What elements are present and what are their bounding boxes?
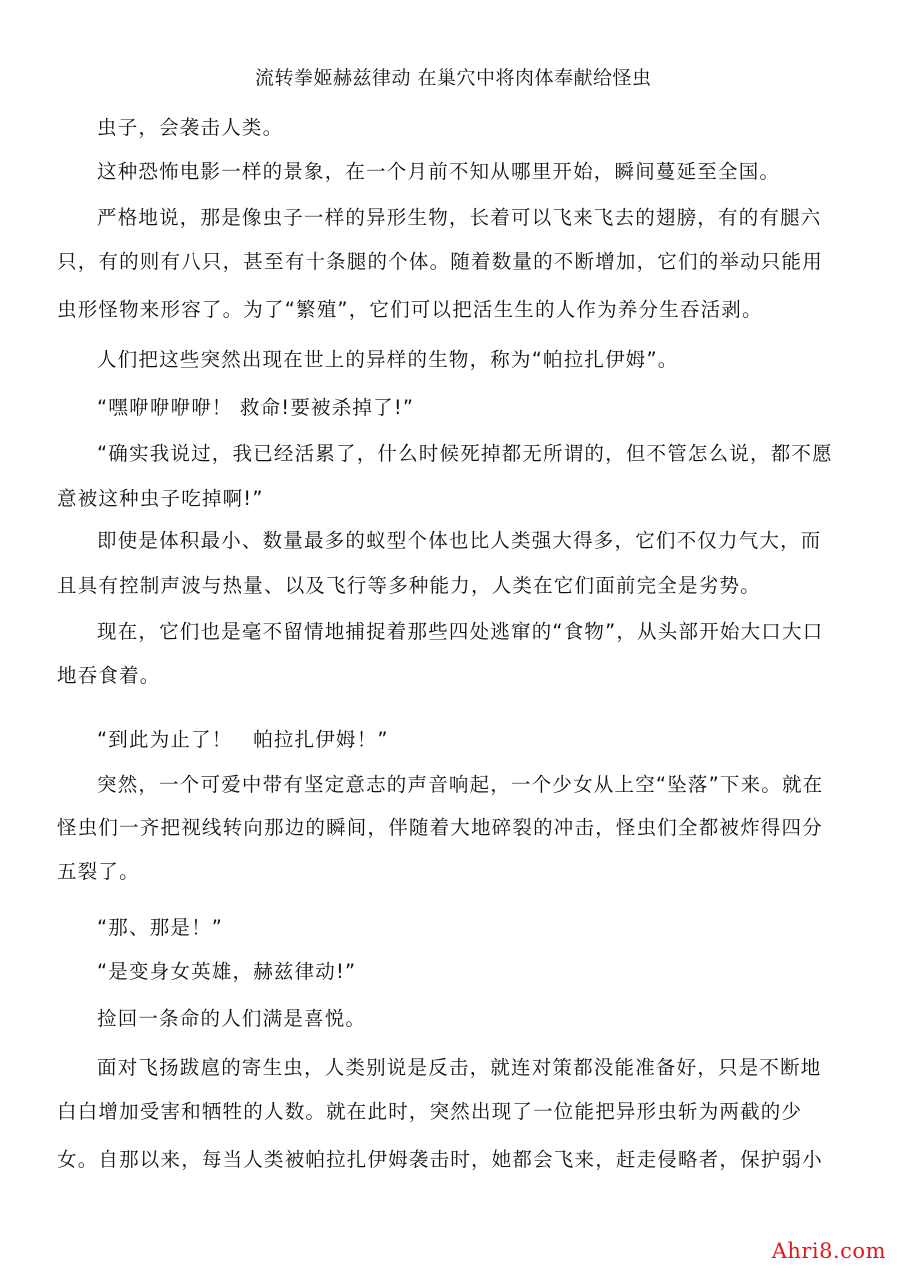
text-line: 面对飞扬跋扈的寄生虫，人类别说是反击，就连对策都没能准备好，只是不断地: [97, 1054, 822, 1082]
text-line: 白白增加受害和牺牲的人数。就在此时，突然出现了一位能把异形虫斩为两截的少: [57, 1098, 802, 1126]
text-line: 捡回一条命的人们满是喜悦。: [97, 1005, 366, 1033]
text-line: 女。自那以来，每当人类被帕拉扎伊姆袭击时，她都会飞来，赶走侵略者，保护弱小: [57, 1146, 823, 1174]
document-title: 流转拳姬赫兹律动 在巢穴中将肉体奉献给怪虫: [0, 64, 900, 92]
text-line: 五裂了。: [57, 858, 140, 886]
text-line: “那、那是！”: [97, 914, 223, 942]
watermark: Ahri8.com: [772, 1239, 886, 1263]
text-line: “是变身女英雄，赫兹律动!”: [97, 958, 356, 986]
text-line: 人们把这些突然出现在世上的异样的生物，称为“帕拉扎伊姆”。: [97, 346, 679, 374]
document-page: 流转拳姬赫兹律动 在巢穴中将肉体奉献给怪虫 虫子，会袭击人类。这种恐怖电影一样的…: [0, 0, 900, 1273]
text-line: 即使是体积最小、数量最多的蚁型个体也比人类强大得多，它们不仅力气大，而: [97, 527, 822, 555]
text-line: “嘿咿咿咿咿！ 救命!要被杀掉了!”: [97, 394, 414, 422]
text-line: “确实我说过，我已经活累了，什么时候死掉都无所谓的，但不管怎么说，都不愿: [97, 440, 833, 468]
text-line: 虫形怪物来形容了。为了“繁殖”，它们可以把活生生的人作为养分生吞活剥。: [57, 296, 763, 324]
text-line: 突然，一个可爱中带有坚定意志的声音响起，一个少女从上空“坠落”下来。就在: [97, 771, 823, 799]
text-line: 且具有控制声波与热量、以及飞行等多种能力，人类在它们面前完全是劣势。: [57, 572, 761, 600]
text-line: “到此为止了！ 帕拉扎伊姆！”: [97, 726, 389, 754]
text-line: 只，有的则有八只，甚至有十条腿的个体。随着数量的不断增加，它们的举动只能用: [57, 248, 823, 276]
text-line: 怪虫们一齐把视线转向那边的瞬间，伴随着大地碎裂的冲击，怪虫们全都被炸得四分: [57, 814, 823, 842]
text-line: 意被这种虫子吃掉啊!”: [57, 485, 264, 513]
text-line: 地吞食着。: [57, 662, 161, 690]
text-line: 虫子，会袭击人类。: [97, 114, 283, 142]
text-line: 这种恐怖电影一样的景象，在一个月前不知从哪里开始，瞬间蔓延至全国。: [97, 158, 780, 186]
text-line: 现在，它们也是毫不留情地捕捉着那些四处逃窜的“食物”，从头部开始大口大口: [97, 618, 823, 646]
text-line: 严格地说，那是像虫子一样的异形生物，长着可以飞来飞去的翅膀，有的有腿六: [97, 204, 822, 232]
